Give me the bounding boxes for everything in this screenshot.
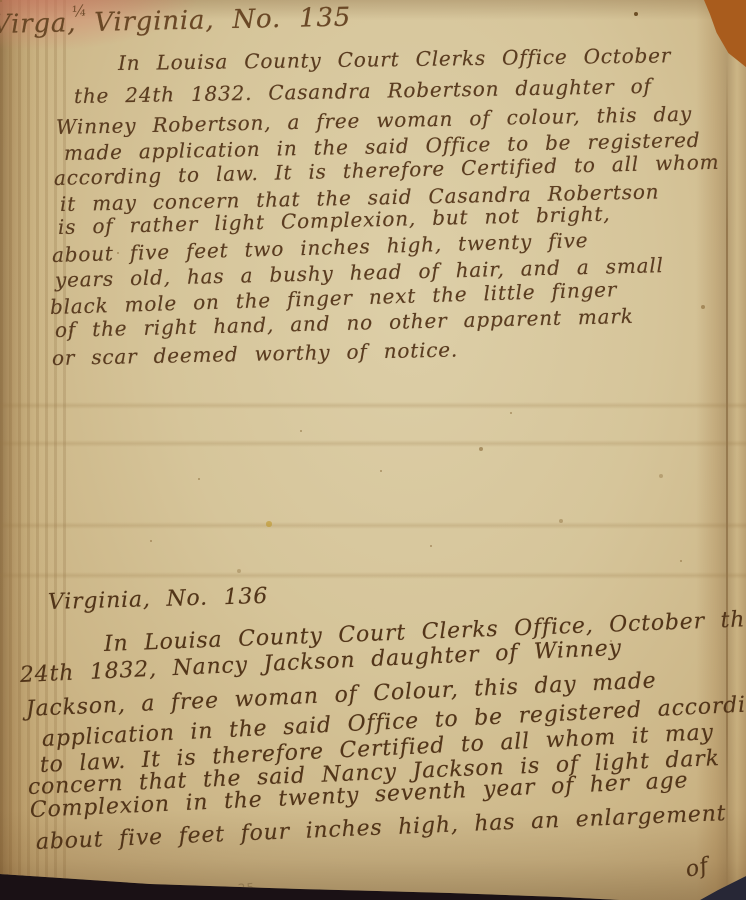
book-photo: ¼ Virga, Virginia, No. 135 In Louisa Cou… bbox=[0, 0, 746, 900]
register-page: ¼ Virga, Virginia, No. 135 In Louisa Cou… bbox=[0, 0, 746, 900]
paper-crease bbox=[0, 402, 746, 409]
manuscript-line: In Louisa County Court Clerks Office Oct… bbox=[118, 42, 671, 76]
paper-crease bbox=[0, 572, 746, 579]
entry-135-heading: Virga, Virginia, No. 135 bbox=[0, 4, 351, 38]
paper-crease bbox=[0, 440, 746, 447]
manuscript-line: or scar deemed worthy of notice. bbox=[52, 336, 459, 371]
paper-crease bbox=[0, 522, 746, 529]
foxing-speckles bbox=[0, 0, 2, 2]
entry-136-heading: Virginia, No. 136 bbox=[48, 584, 269, 616]
right-crease-line bbox=[726, 60, 728, 900]
faint-page-number: 25 bbox=[238, 880, 256, 895]
